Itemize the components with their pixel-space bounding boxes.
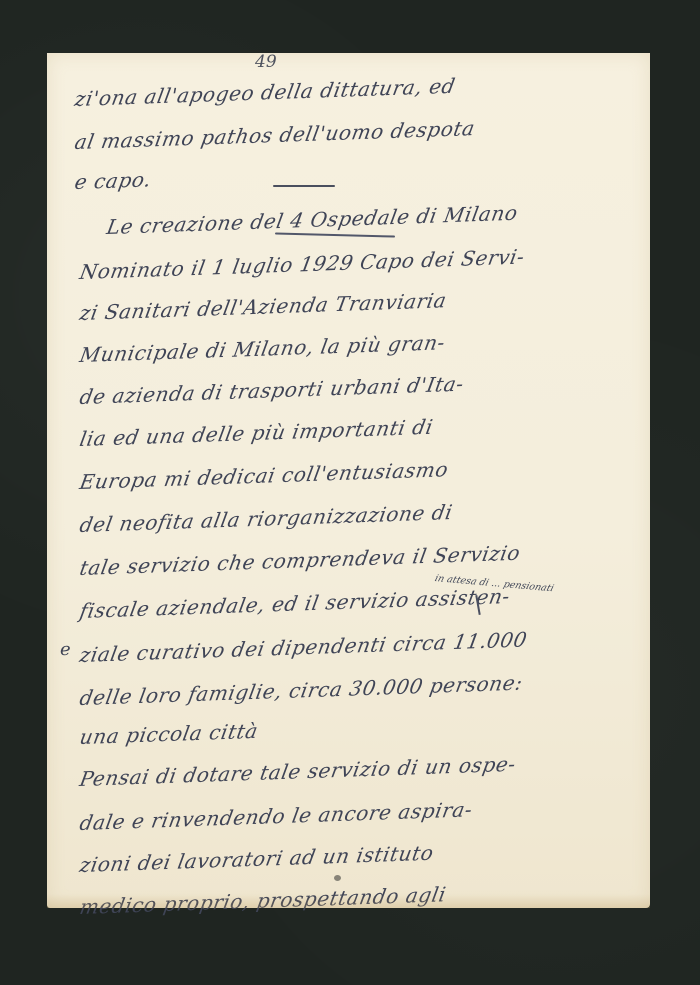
text-line-1: zi'ona all'apogeo della dittatura, ed (73, 74, 458, 111)
text-line-18: dale e rinvendendo le ancore aspira- (78, 797, 475, 835)
text-line-6: zi Sanitari dell'Azienda Tranviaria (78, 288, 449, 325)
text-line-7: Municipale di Milano, la più gran- (78, 330, 447, 367)
text-line-3: e capo. (73, 167, 154, 194)
margin-mark: e (60, 639, 71, 660)
text-line-8: de azienda di trasporti urbani d'Ita- (78, 372, 466, 410)
text-line-15: delle loro famiglie, circa 30.000 person… (78, 670, 525, 710)
text-line-2: al massimo pathos dell'uomo despota (73, 116, 477, 154)
section-divider (273, 185, 335, 187)
title-underline (275, 232, 395, 237)
text-line-10: Europa mi dedicai coll'entusiasmo (78, 457, 450, 494)
text-line-9: lia ed una delle più importanti di (78, 415, 435, 451)
text-line-19: zioni dei lavoratori ad un istituto (78, 841, 436, 878)
text-line-16: una piccola città (78, 719, 260, 749)
text-line-13: fiscale aziendale, ed il servizio assist… (78, 584, 512, 623)
ink-spot (334, 875, 341, 881)
manuscript-page: 49 zi'ona all'apogeo della dittatura, ed… (47, 53, 650, 908)
text-line-5: Nominato il 1 luglio 1929 Capo dei Servi… (78, 244, 527, 284)
page-number: 49 (255, 52, 277, 72)
text-line-17: Pensai di dotare tale servizio di un osp… (78, 752, 518, 791)
text-line-11: del neofita alla riorganizzazione di (78, 500, 455, 537)
text-line-14: ziale curativo dei dipendenti circa 11.0… (78, 627, 529, 667)
